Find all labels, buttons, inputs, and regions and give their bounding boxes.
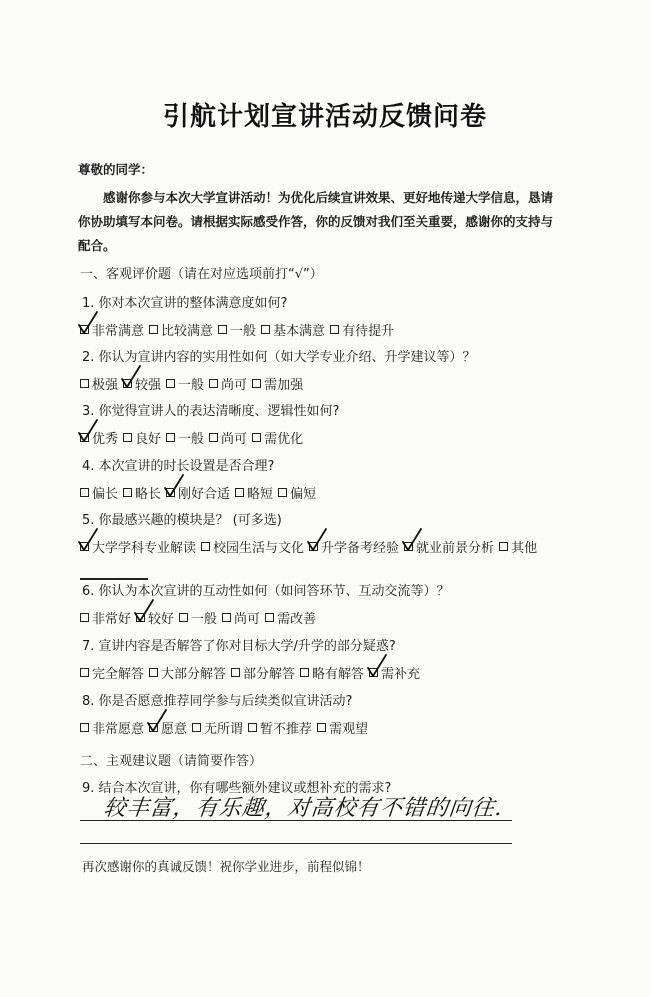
checkbox-icon[interactable] — [252, 433, 261, 442]
option-label: 偏短 — [290, 483, 316, 502]
checkbox-icon[interactable] — [149, 325, 158, 334]
option-checkbox[interactable]: 部分解答 — [231, 663, 295, 682]
checkbox-icon[interactable] — [330, 325, 339, 334]
question-2-options: 极强较强一般尚可需加强 — [80, 374, 308, 393]
checkbox-icon[interactable] — [149, 723, 158, 732]
option-label: 一般 — [178, 428, 204, 447]
checkbox-icon[interactable] — [317, 723, 326, 732]
option-checkbox[interactable]: 完全解答 — [80, 663, 144, 682]
option-checkbox[interactable]: 良好 — [123, 428, 161, 447]
checkbox-icon[interactable] — [248, 723, 257, 732]
option-checkbox[interactable]: 需优化 — [252, 428, 303, 447]
option-checkbox[interactable]: 升学备考经验 — [309, 537, 399, 556]
option-label: 良好 — [135, 428, 161, 447]
question-4-options: 偏长略长刚好合适略短偏短 — [80, 483, 321, 502]
option-label: 非常好 — [92, 608, 131, 627]
option-label: 略有解答 — [312, 663, 364, 682]
checkbox-icon[interactable] — [209, 433, 218, 442]
option-label: 愿意 — [161, 718, 187, 737]
closing-message: 再次感谢你的真诚反馈！祝你学业进步，前程似锦！ — [82, 857, 370, 875]
checkbox-icon[interactable] — [80, 379, 89, 388]
option-label: 略短 — [247, 483, 273, 502]
option-checkbox[interactable]: 尚可 — [222, 608, 260, 627]
option-label: 较强 — [135, 374, 161, 393]
checkbox-icon[interactable] — [209, 379, 218, 388]
checkbox-icon[interactable] — [80, 723, 89, 732]
checkbox-icon[interactable] — [80, 613, 89, 622]
checkbox-icon[interactable] — [252, 379, 261, 388]
checkbox-icon[interactable] — [278, 488, 287, 497]
option-label: 大部分解答 — [161, 663, 226, 682]
question-4-text: 4. 本次宣讲的时长设置是否合理? — [82, 455, 274, 474]
option-label: 部分解答 — [243, 663, 295, 682]
question-6-text: 6. 你认为本次宣讲的互动性如何（如问答环节、互动交流等）？ — [82, 580, 450, 599]
question-3-options: 优秀良好一般尚可需优化 — [80, 428, 308, 447]
option-label: 校园生活与文化 — [213, 537, 304, 556]
option-checkbox[interactable]: 大部分解答 — [149, 663, 226, 682]
option-checkbox[interactable]: 需补充 — [369, 663, 420, 682]
checkbox-icon[interactable] — [265, 613, 274, 622]
questionnaire-page: 引航计划宣讲活动反馈问卷 尊敬的同学： 感谢你参与本次大学宣讲活动！为优化后续宣… — [0, 0, 650, 997]
question-2-text: 2. 你认为宣讲内容的实用性如何（如大学专业介绍、升学建议等）？ — [82, 346, 476, 365]
option-label: 需补充 — [381, 663, 420, 682]
option-label: 就业前景分析 — [416, 537, 494, 556]
intro-paragraph: 感谢你参与本次大学宣讲活动！为优化后续宣讲效果、更好地传递大学信息，恳请你协助填… — [78, 186, 558, 258]
answer-line-2 — [80, 843, 512, 844]
checkbox-icon[interactable] — [123, 433, 132, 442]
option-label: 尚可 — [234, 608, 260, 627]
option-label: 刚好合适 — [178, 483, 230, 502]
option-checkbox[interactable]: 略短 — [235, 483, 273, 502]
question-3-text: 3. 你觉得宣讲人的表达清晰度、逻辑性如何? — [82, 400, 339, 419]
option-checkbox[interactable]: 需加强 — [252, 374, 303, 393]
question-1-text: 1. 你对本次宣讲的整体满意度如何? — [82, 292, 287, 311]
option-label: 完全解答 — [92, 663, 144, 682]
option-label: 大学学科专业解读 — [92, 537, 196, 556]
checkbox-icon[interactable] — [80, 325, 89, 334]
checkbox-icon[interactable] — [166, 379, 175, 388]
option-label: 其他 — [511, 537, 537, 556]
checkbox-icon[interactable] — [261, 325, 270, 334]
question-8-text: 8. 你是否愿意推荐同学参与后续类似宣讲活动? — [82, 690, 352, 709]
option-checkbox[interactable]: 一般 — [166, 374, 204, 393]
option-label: 有待提升 — [342, 320, 394, 339]
option-checkbox[interactable]: 一般 — [179, 608, 217, 627]
option-checkbox[interactable]: 基本满意 — [261, 320, 325, 339]
checkbox-icon[interactable] — [80, 488, 89, 497]
checkbox-icon[interactable] — [499, 542, 508, 551]
option-checkbox[interactable]: 需观望 — [317, 718, 368, 737]
checkbox-icon[interactable] — [218, 325, 227, 334]
handwritten-answer[interactable]: 较丰富，有乐趣，对高校有不错的向往. — [102, 791, 504, 822]
checkbox-icon[interactable] — [123, 379, 132, 388]
checkbox-icon[interactable] — [80, 433, 89, 442]
checkbox-icon[interactable] — [166, 488, 175, 497]
checkbox-icon[interactable] — [80, 542, 89, 551]
option-label: 一般 — [191, 608, 217, 627]
checkbox-icon[interactable] — [404, 542, 413, 551]
option-label: 暂不推荐 — [260, 718, 312, 737]
option-checkbox[interactable]: 需改善 — [265, 608, 316, 627]
option-checkbox[interactable]: 偏长 — [80, 483, 118, 502]
option-label: 比较满意 — [161, 320, 213, 339]
option-label: 无所谓 — [204, 718, 243, 737]
option-checkbox[interactable]: 尚可 — [209, 428, 247, 447]
option-checkbox[interactable]: 一般 — [218, 320, 256, 339]
option-label: 较好 — [148, 608, 174, 627]
checkbox-icon[interactable] — [201, 542, 210, 551]
checkbox-icon[interactable] — [235, 488, 244, 497]
option-label: 优秀 — [92, 428, 118, 447]
checkbox-icon[interactable] — [300, 668, 309, 677]
salutation: 尊敬的同学： — [78, 160, 153, 178]
option-checkbox[interactable]: 刚好合适 — [166, 483, 230, 502]
page-title: 引航计划宣讲活动反馈问卷 — [0, 96, 650, 133]
question-8-options: 非常愿意愿意无所谓暂不推荐需观望 — [80, 718, 373, 737]
question-6-options: 非常好较好一般尚可需改善 — [80, 608, 321, 627]
option-label: 需优化 — [264, 428, 303, 447]
option-checkbox[interactable]: 无所谓 — [192, 718, 243, 737]
question-1-options: 非常满意比较满意一般基本满意有待提升 — [80, 320, 399, 339]
option-label: 基本满意 — [273, 320, 325, 339]
option-checkbox[interactable]: 有待提升 — [330, 320, 394, 339]
checkbox-icon[interactable] — [309, 542, 318, 551]
option-checkbox[interactable]: 较好 — [136, 608, 174, 627]
option-label: 需改善 — [277, 608, 316, 627]
option-label: 极强 — [92, 374, 118, 393]
section-objective-heading: 一、客观评价题（请在对应选项前打“√”） — [80, 263, 323, 282]
option-checkbox[interactable]: 非常好 — [80, 608, 131, 627]
option-label: 一般 — [178, 374, 204, 393]
option-label: 略长 — [135, 483, 161, 502]
option-label: 需观望 — [329, 718, 368, 737]
option-label: 需加强 — [264, 374, 303, 393]
checkbox-icon[interactable] — [222, 613, 231, 622]
option-checkbox[interactable]: 一般 — [166, 428, 204, 447]
option-checkbox[interactable]: 优秀 — [80, 428, 118, 447]
option-checkbox[interactable]: 愿意 — [149, 718, 187, 737]
checkbox-icon[interactable] — [231, 668, 240, 677]
option-checkbox[interactable]: 非常愿意 — [80, 718, 144, 737]
option-checkbox[interactable]: 非常满意 — [80, 320, 144, 339]
option-label: 尚可 — [221, 428, 247, 447]
other-option-blank-line — [80, 578, 148, 580]
checkbox-icon[interactable] — [369, 668, 378, 677]
option-checkbox[interactable]: 就业前景分析 — [404, 537, 494, 556]
checkbox-icon[interactable] — [166, 433, 175, 442]
option-label: 偏长 — [92, 483, 118, 502]
option-label: 一般 — [230, 320, 256, 339]
checkbox-icon[interactable] — [123, 488, 132, 497]
option-checkbox[interactable]: 极强 — [80, 374, 118, 393]
option-checkbox[interactable]: 略长 — [123, 483, 161, 502]
question-7-options: 完全解答大部分解答部分解答略有解答需补充 — [80, 663, 425, 682]
section-subjective-heading: 二、主观建议题（请简要作答） — [80, 750, 262, 769]
option-checkbox[interactable]: 偏短 — [278, 483, 316, 502]
checkbox-icon[interactable] — [80, 668, 89, 677]
option-checkbox[interactable]: 大学学科专业解读 — [80, 537, 196, 556]
checkbox-icon[interactable] — [179, 613, 188, 622]
option-label: 尚可 — [221, 374, 247, 393]
option-checkbox[interactable]: 略有解答 — [300, 663, 364, 682]
option-checkbox[interactable]: 校园生活与文化 — [201, 537, 304, 556]
option-label: 非常满意 — [92, 320, 144, 339]
option-checkbox[interactable]: 比较满意 — [149, 320, 213, 339]
checkbox-icon[interactable] — [136, 613, 145, 622]
answer-line-1 — [80, 820, 512, 821]
checkbox-icon[interactable] — [192, 723, 201, 732]
option-label: 非常愿意 — [92, 718, 144, 737]
option-checkbox[interactable]: 较强 — [123, 374, 161, 393]
option-checkbox[interactable]: 暂不推荐 — [248, 718, 312, 737]
question-7-text: 7. 宣讲内容是否解答了你对目标大学/升学的部分疑惑? — [82, 635, 396, 654]
option-checkbox[interactable]: 尚可 — [209, 374, 247, 393]
checkbox-icon[interactable] — [149, 668, 158, 677]
option-label: 升学备考经验 — [321, 537, 399, 556]
question-5-text: 5. 你最感兴趣的模块是？ (可多选) — [82, 509, 282, 528]
option-checkbox[interactable]: 其他 — [499, 537, 537, 556]
question-5-options: 大学学科专业解读校园生活与文化升学备考经验就业前景分析其他 — [80, 537, 542, 556]
